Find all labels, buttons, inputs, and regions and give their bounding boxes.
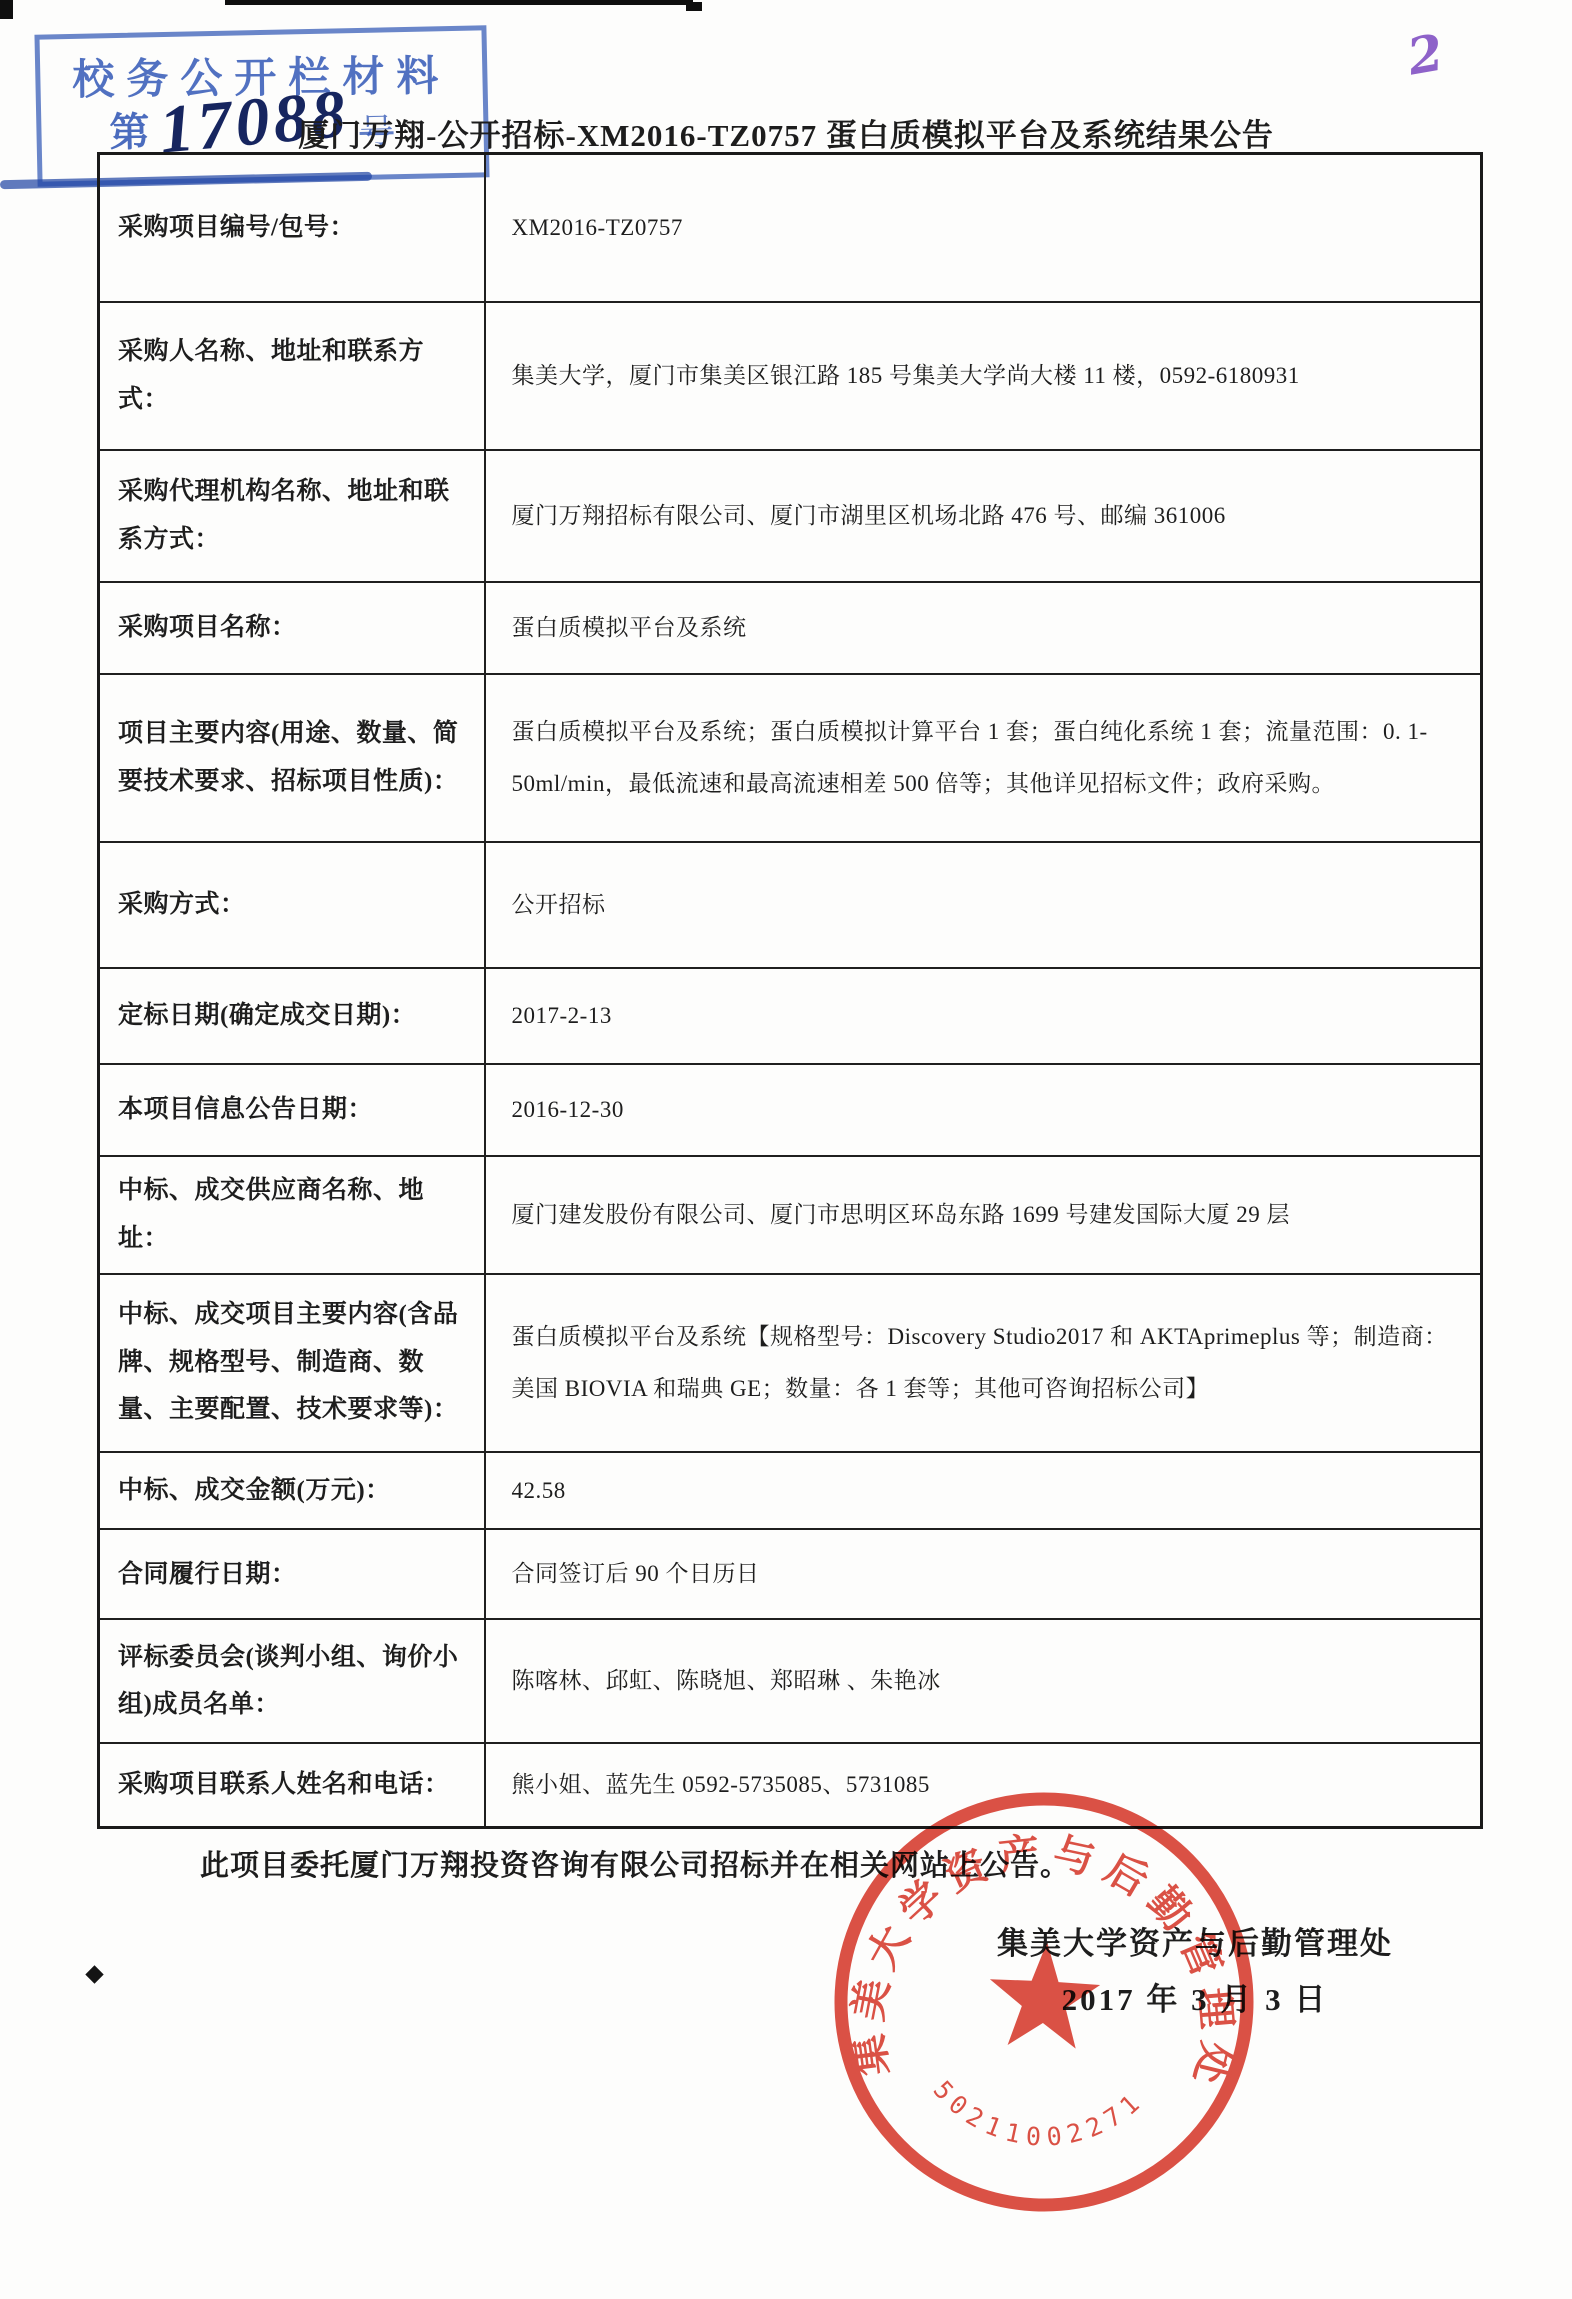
row-value: XM2016-TZ0757 bbox=[485, 154, 1482, 302]
row-value: 陈喀林、邱虹、陈晓旭、郑昭琳 、朱艳冰 bbox=[485, 1619, 1482, 1743]
university-seal: 集美大学资产与后勤管理处 3502110022713 bbox=[817, 1775, 1271, 2229]
row-value: 蛋白质模拟平台及系统【规格型号：Discovery Studio2017 和 A… bbox=[485, 1274, 1482, 1452]
table-row: 采购项目名称： 蛋白质模拟平台及系统 bbox=[99, 582, 1482, 674]
table-row: 中标、成交项目主要内容(含品牌、规格型号、制造商、数量、主要配置、技术要求等)：… bbox=[99, 1274, 1482, 1452]
row-label: 采购代理机构名称、地址和联系方式： bbox=[99, 450, 485, 582]
row-label: 采购项目编号/包号： bbox=[99, 154, 485, 302]
row-value: 蛋白质模拟平台及系统；蛋白质模拟计算平台 1 套；蛋白纯化系统 1 套；流量范围… bbox=[485, 674, 1482, 842]
scan-artifact-diamond bbox=[85, 1965, 103, 1983]
scan-artifact-corner bbox=[0, 0, 13, 19]
table-row: 评标委员会(谈判小组、询价小组)成员名单： 陈喀林、邱虹、陈晓旭、郑昭琳 、朱艳… bbox=[99, 1619, 1482, 1743]
row-label: 项目主要内容(用途、数量、简要技术要求、招标项目性质)： bbox=[99, 674, 485, 842]
row-value: 集美大学，厦门市集美区银江路 185 号集美大学尚大楼 11 楼，0592-61… bbox=[485, 302, 1482, 450]
scan-artifact-topline bbox=[225, 0, 693, 5]
row-label: 合同履行日期： bbox=[99, 1529, 485, 1619]
row-value: 2016-12-30 bbox=[485, 1064, 1482, 1156]
row-value: 厦门万翔招标有限公司、厦门市湖里区机场北路 476 号、邮编 361006 bbox=[485, 450, 1482, 582]
page-title: 厦门万翔-公开招标-XM2016-TZ0757 蛋白质模拟平台及系统结果公告 bbox=[0, 110, 1572, 155]
handwritten-checkmark: 2 bbox=[1404, 27, 1447, 82]
table-row: 项目主要内容(用途、数量、简要技术要求、招标项目性质)： 蛋白质模拟平台及系统；… bbox=[99, 674, 1482, 842]
star-icon bbox=[987, 1939, 1103, 2050]
row-label: 采购人名称、地址和联系方式： bbox=[99, 302, 485, 450]
row-label: 评标委员会(谈判小组、询价小组)成员名单： bbox=[99, 1619, 485, 1743]
row-value: 蛋白质模拟平台及系统 bbox=[485, 582, 1482, 674]
table-row: 合同履行日期： 合同签订后 90 个日历日 bbox=[99, 1529, 1482, 1619]
row-label: 中标、成交项目主要内容(含品牌、规格型号、制造商、数量、主要配置、技术要求等)： bbox=[99, 1274, 485, 1452]
row-value: 合同签订后 90 个日历日 bbox=[485, 1529, 1482, 1619]
table-row: 中标、成交金额(万元)： 42.58 bbox=[99, 1452, 1482, 1530]
row-label: 采购项目名称： bbox=[99, 582, 485, 674]
table-row: 采购项目联系人姓名和电话： 熊小姐、蓝先生 0592-5735085、57310… bbox=[99, 1743, 1482, 1827]
table-row: 采购方式： 公开招标 bbox=[99, 842, 1482, 968]
row-label: 采购方式： bbox=[99, 842, 485, 968]
row-value: 42.58 bbox=[485, 1452, 1482, 1530]
row-label: 采购项目联系人姓名和电话： bbox=[99, 1743, 485, 1827]
table-row: 采购项目编号/包号： XM2016-TZ0757 bbox=[99, 154, 1482, 302]
row-value: 公开招标 bbox=[485, 842, 1482, 968]
table-row: 中标、成交供应商名称、地址： 厦门建发股份有限公司、厦门市思明区环岛东路 169… bbox=[99, 1156, 1482, 1274]
row-label: 中标、成交供应商名称、地址： bbox=[99, 1156, 485, 1274]
procurement-table: 采购项目编号/包号： XM2016-TZ0757 采购人名称、地址和联系方式： … bbox=[97, 152, 1483, 1829]
row-value: 2017-2-13 bbox=[485, 968, 1482, 1064]
row-label: 本项目信息公告日期： bbox=[99, 1064, 485, 1156]
table-row: 定标日期(确定成交日期)： 2017-2-13 bbox=[99, 968, 1482, 1064]
seal-svg: 集美大学资产与后勤管理处 3502110022713 bbox=[817, 1775, 1271, 2229]
table-row: 采购代理机构名称、地址和联系方式： 厦门万翔招标有限公司、厦门市湖里区机场北路 … bbox=[99, 450, 1482, 582]
scan-artifact-dot bbox=[686, 2, 702, 11]
row-label: 定标日期(确定成交日期)： bbox=[99, 968, 485, 1064]
row-label: 中标、成交金额(万元)： bbox=[99, 1452, 485, 1530]
row-value: 厦门建发股份有限公司、厦门市思明区环岛东路 1699 号建发国际大厦 29 层 bbox=[485, 1156, 1482, 1274]
table-row: 本项目信息公告日期： 2016-12-30 bbox=[99, 1064, 1482, 1156]
table-row: 采购人名称、地址和联系方式： 集美大学，厦门市集美区银江路 185 号集美大学尚… bbox=[99, 302, 1482, 450]
